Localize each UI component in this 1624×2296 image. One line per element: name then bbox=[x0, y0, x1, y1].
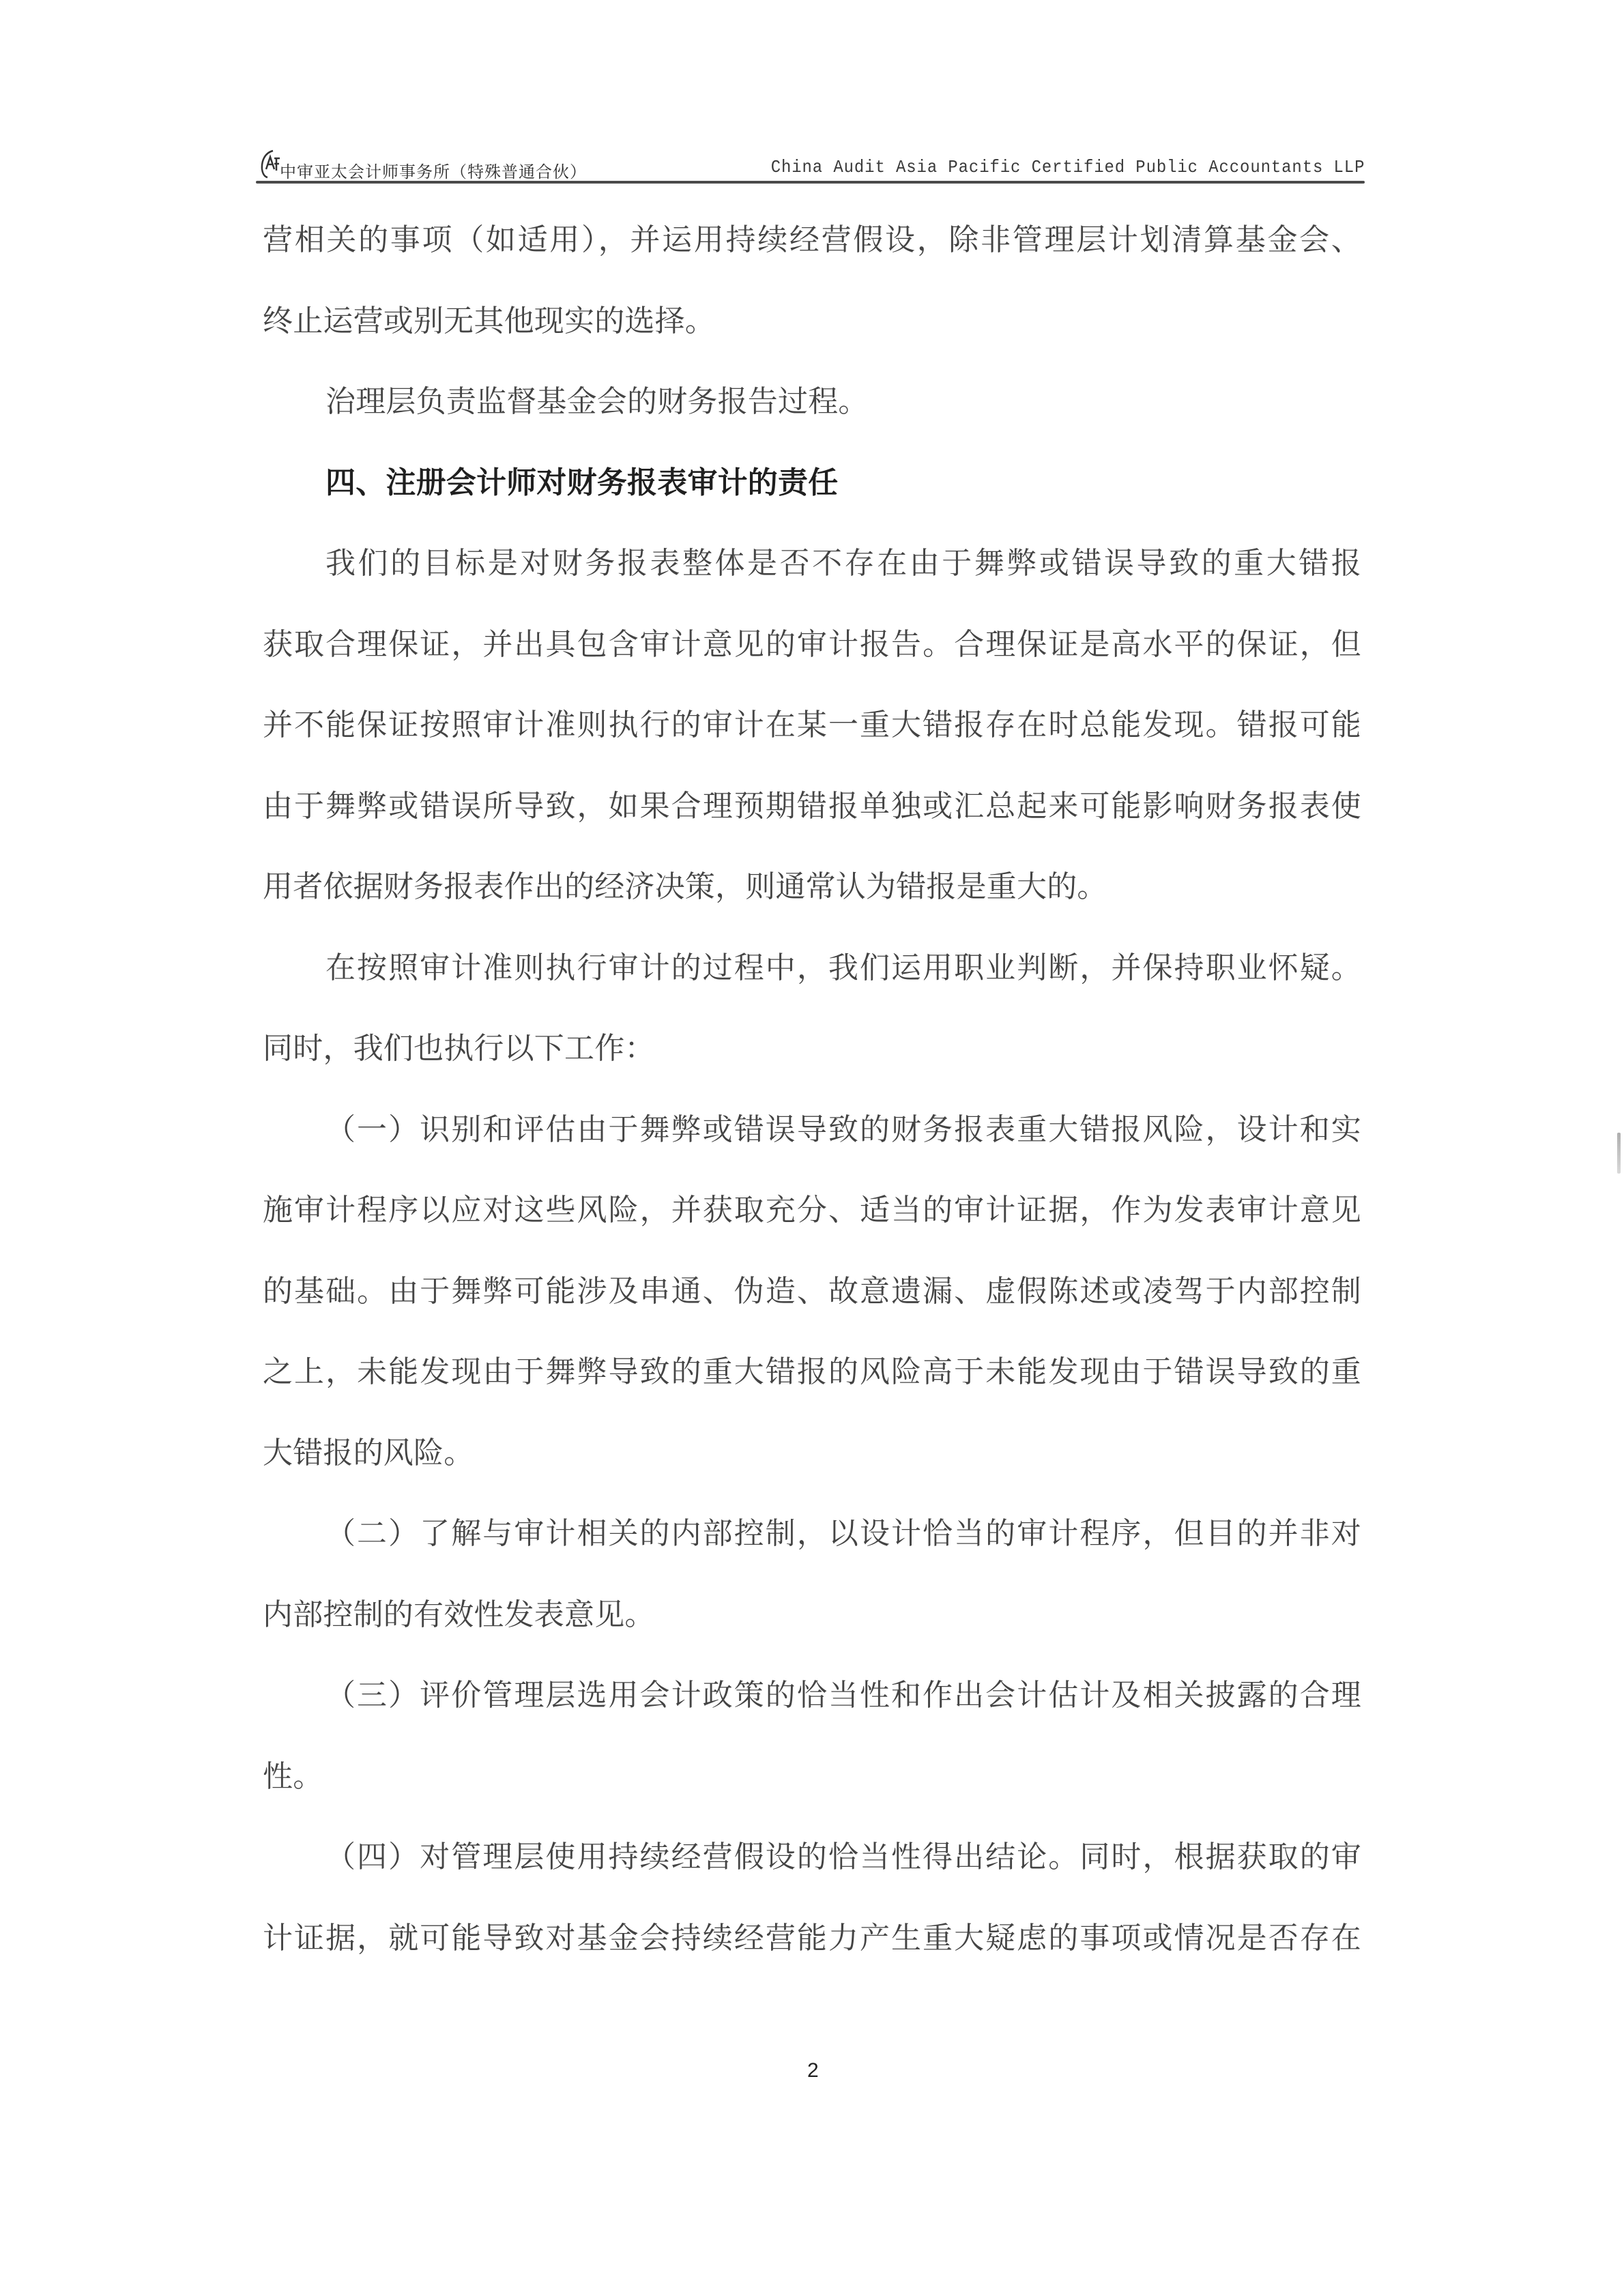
text-line: （三）评价管理层选用会计政策的恰当性和作出会计估计及相关披露的合理 bbox=[263, 1668, 1361, 1749]
text-line: 同时，我们也执行以下工作： bbox=[263, 1021, 1361, 1103]
text-line: 的基础。由于舞弊可能涉及串通、伪造、故意遗漏、虚假陈述或凌驾于内部控制 bbox=[263, 1264, 1361, 1346]
header-divider bbox=[256, 181, 1365, 184]
firm-name-cn: 中审亚太会计师事务所（特殊普通合伙） bbox=[280, 158, 587, 182]
text-line: 并不能保证按照审计准则执行的审计在某一重大错报存在时总能发现。错报可能 bbox=[263, 698, 1361, 779]
text-line: 内部控制的有效性发表意见。 bbox=[263, 1588, 1361, 1669]
text-line: 终止运营或别无其他现实的选择。 bbox=[263, 294, 1361, 375]
caap-logo-icon bbox=[259, 149, 282, 179]
document-body: 营相关的事项（如适用），并运用持续经营假设，除非管理层计划清算基金会、终止运营或… bbox=[263, 213, 1361, 1992]
text-line: 大错报的风险。 bbox=[263, 1426, 1361, 1507]
text-line: （四）对管理层使用持续经营假设的恰当性得出结论。同时，根据获取的审 bbox=[263, 1830, 1361, 1911]
page-number: 2 bbox=[807, 2059, 819, 2082]
text-line: 获取合理保证，并出具包含审计意见的审计报告。合理保证是高水平的保证，但 bbox=[263, 617, 1361, 699]
text-line: 计证据，就可能导致对基金会持续经营能力产生重大疑虑的事项或情况是否存在 bbox=[263, 1911, 1361, 1992]
text-line: （二）了解与审计相关的内部控制，以设计恰当的审计程序，但目的并非对 bbox=[263, 1507, 1361, 1588]
text-line: （一）识别和评估由于舞弊或错误导致的财务报表重大错报风险，设计和实 bbox=[263, 1103, 1361, 1184]
text-line: 施审计程序以应对这些风险，并获取充分、适当的审计证据，作为发表审计意见 bbox=[263, 1183, 1361, 1264]
text-line: 营相关的事项（如适用），并运用持续经营假设，除非管理层计划清算基金会、 bbox=[263, 213, 1361, 294]
firm-name-en: China Audit Asia Pacific Certified Publi… bbox=[770, 157, 1365, 177]
text-line: 我们的目标是对财务报表整体是否不存在由于舞弊或错误导致的重大错报 bbox=[263, 536, 1361, 617]
text-line: 由于舞弊或错误所导致，如果合理预期错报单独或汇总起来可能影响财务报表使 bbox=[263, 779, 1361, 860]
page-header: 中审亚太会计师事务所（特殊普通合伙） China Audit Asia Paci… bbox=[259, 149, 1365, 184]
section-heading: 四、注册会计师对财务报表审计的责任 bbox=[263, 456, 1361, 537]
text-line: 在按照审计准则执行审计的过程中，我们运用职业判断，并保持职业怀疑。 bbox=[263, 941, 1361, 1022]
text-line: 性。 bbox=[263, 1749, 1361, 1831]
text-line: 之上，未能发现由于舞弊导致的重大错报的风险高于未能发现由于错误导致的重 bbox=[263, 1345, 1361, 1426]
text-line: 用者依据财务报表作出的经济决策，则通常认为错报是重大的。 bbox=[263, 860, 1361, 941]
text-line: 治理层负责监督基金会的财务报告过程。 bbox=[263, 375, 1361, 456]
scan-artifact bbox=[1617, 1133, 1621, 1174]
